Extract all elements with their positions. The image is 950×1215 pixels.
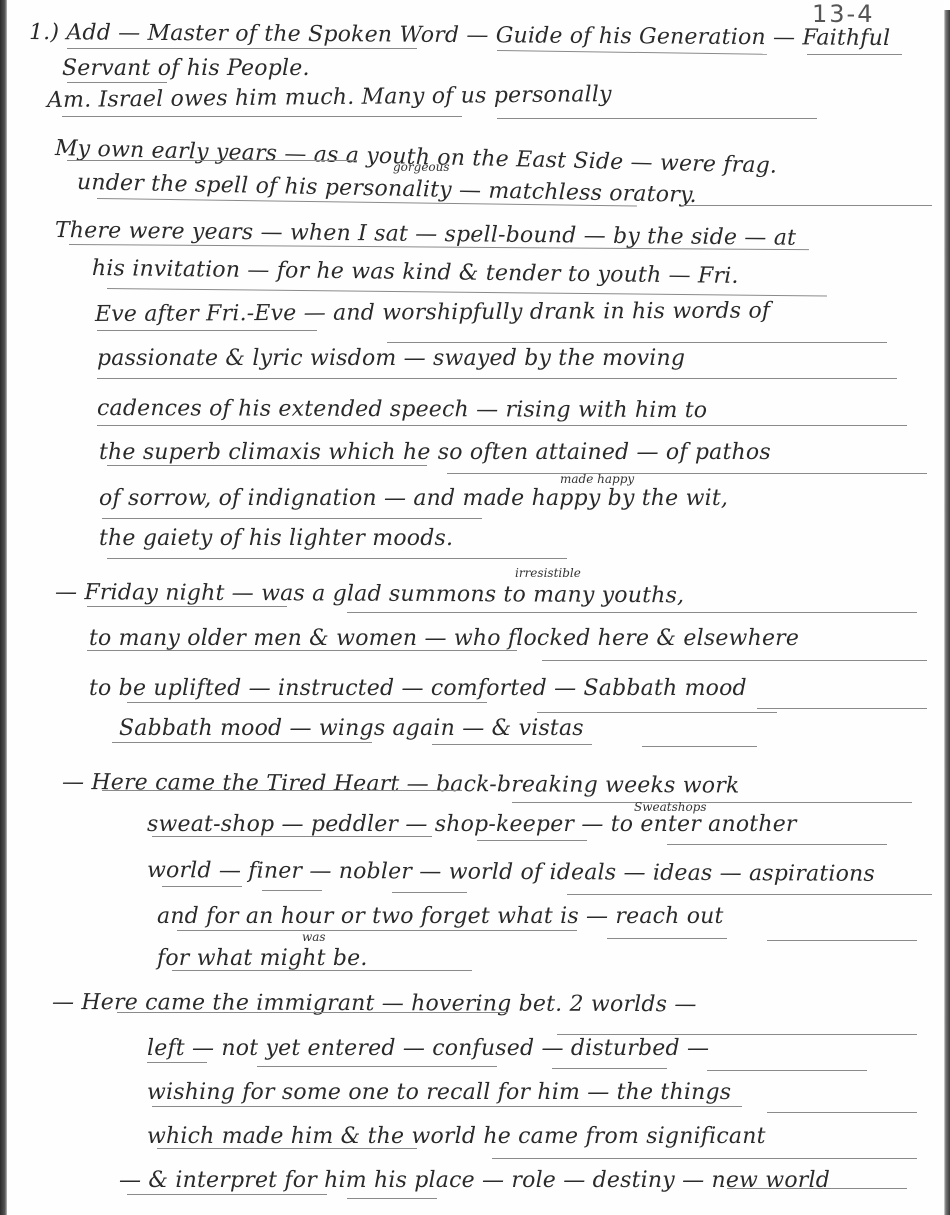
underline [767, 1112, 917, 1113]
underline [147, 48, 417, 49]
underline [67, 160, 357, 161]
manuscript-line: to many older men & women — who flocked … [89, 626, 799, 651]
underline [97, 378, 897, 379]
underline [767, 940, 917, 941]
scan-corner [944, 0, 950, 10]
underline [152, 836, 432, 837]
underline [512, 802, 912, 803]
underline [497, 118, 817, 119]
manuscript-line: which made him & the world he came from … [147, 1124, 766, 1149]
manuscript-line: Eve after Fri.-Eve — and worshipfully dr… [95, 298, 770, 327]
underline [107, 465, 427, 466]
manuscript-line: world — finer — nobler — world of ideals… [147, 858, 875, 887]
manuscript-line: the gaiety of his lighter moods. [99, 526, 453, 551]
underline [552, 1068, 667, 1069]
underline [62, 116, 462, 117]
underline [107, 288, 827, 297]
manuscript-line: of sorrow, of indignation — and made hap… [99, 486, 728, 511]
underline [807, 54, 902, 55]
underline [387, 342, 887, 343]
manuscript-line: wishing for some one to recall for him —… [147, 1080, 731, 1105]
manuscript-line: to be uplifted — instructed — comforted … [89, 676, 747, 701]
underline [172, 970, 472, 971]
underline [757, 708, 927, 709]
manuscript-line: passionate & lyric wisdom — swayed by th… [97, 346, 685, 371]
manuscript-line: — Friday night — was a glad summons to m… [55, 580, 684, 608]
underline [447, 473, 927, 474]
insertion-text: irresistible [515, 566, 581, 580]
insertion-text: was [302, 930, 326, 944]
underline [102, 790, 462, 791]
underline [667, 844, 887, 845]
manuscript-line: his invitation — for he was kind & tende… [92, 256, 739, 289]
underline [432, 744, 592, 745]
underline [97, 330, 317, 331]
manuscript-line: — Here came the Tired Heart — back-break… [62, 770, 740, 799]
scan-edge-right [944, 10, 950, 1215]
manuscript-line: Sabbath mood — wings again — & vistas [119, 716, 584, 741]
underline [127, 702, 487, 703]
underline [87, 650, 517, 651]
manuscript-line: 1.) Add — Master of the Spoken Word — Gu… [29, 20, 890, 51]
manuscript-line: Servant of his People. [62, 56, 310, 81]
underline [707, 1070, 867, 1071]
underline [557, 1034, 917, 1035]
underline [607, 938, 727, 939]
underline [682, 205, 932, 206]
underline [477, 840, 587, 841]
underline [97, 425, 907, 426]
underline [157, 1148, 417, 1149]
manuscript-line: the superb climaxis which he so often at… [99, 440, 771, 465]
underline [347, 1198, 437, 1199]
underline [542, 660, 927, 661]
insertion-text: made happy [560, 472, 634, 486]
manuscript-line: cadences of his extended speech — rising… [97, 396, 707, 423]
insertion-text: gorgeous [393, 160, 450, 174]
manuscript-line: for what might be. [157, 946, 368, 971]
manuscript-line: and for an hour or two forget what is — … [157, 904, 724, 929]
underline [392, 892, 467, 893]
insertion-text: Sweatshops [634, 800, 707, 814]
manuscript-line: — Here came the immigrant — hovering bet… [52, 990, 697, 1017]
underline [127, 1194, 327, 1195]
underline [112, 742, 372, 743]
underline [177, 930, 577, 931]
manuscript-line: Am. Israel owes him much. Many of us per… [47, 82, 612, 113]
page-number: 13-4 [812, 0, 874, 28]
underline [262, 890, 322, 891]
underline [102, 518, 482, 519]
underline [257, 1066, 497, 1067]
underline [567, 894, 932, 895]
underline [67, 82, 167, 83]
underline [67, 48, 157, 49]
underline [107, 558, 567, 559]
underline [147, 1062, 207, 1063]
underline [537, 712, 777, 713]
manuscript-page: 13-4 1.) Add — Master of the Spoken Word… [7, 0, 944, 1215]
underline [497, 50, 767, 55]
underline [162, 886, 242, 887]
underline [117, 1012, 507, 1013]
manuscript-line: — & interpret for him his place — role —… [119, 1168, 830, 1193]
manuscript-line: left — not yet entered — confused — dist… [147, 1036, 709, 1061]
underline [727, 1188, 907, 1189]
underline [87, 606, 287, 607]
underline [347, 612, 917, 613]
manuscript-line: sweat-shop — peddler — shop-keeper — to … [147, 812, 797, 837]
underline [492, 1158, 917, 1159]
underline [642, 746, 757, 747]
underline [152, 1106, 742, 1107]
scan-edge-left [0, 0, 7, 1215]
